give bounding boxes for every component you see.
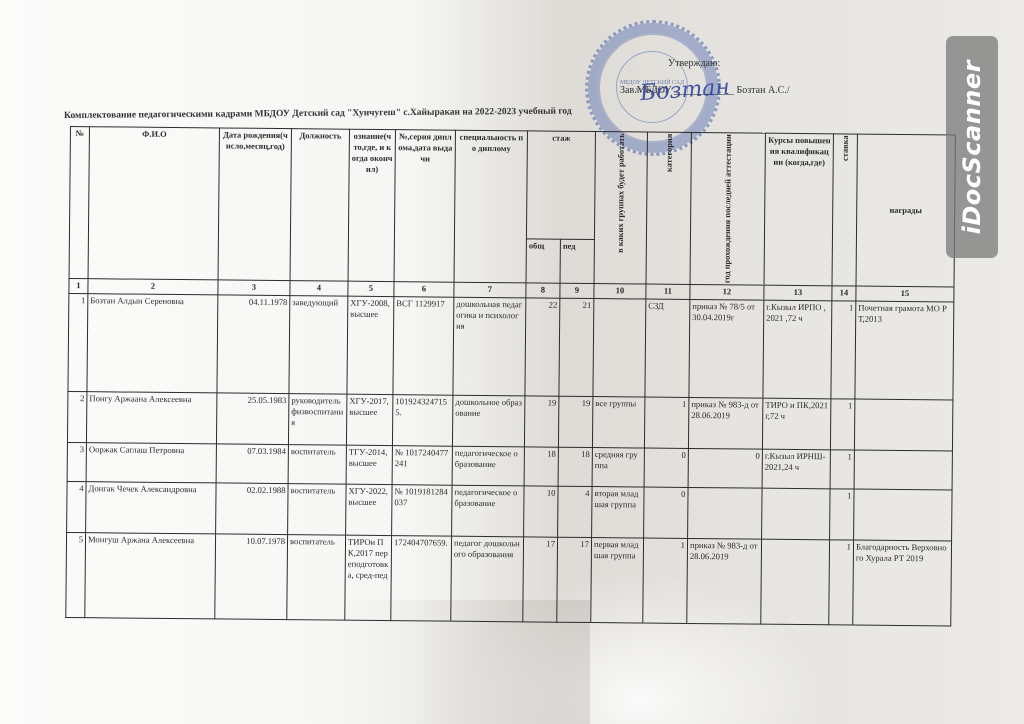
- approval-label: Утверждаю:: [668, 58, 720, 69]
- cell-education: ХГУ-2017,высшее: [346, 394, 392, 445]
- col-num: 12: [690, 284, 764, 300]
- cell-education: ХГУ-2022,высшее: [346, 484, 392, 535]
- cell-awards: [854, 450, 952, 490]
- cell-attestation: приказ № 983-д от 28.06.2019: [688, 397, 762, 449]
- col-num: 6: [394, 281, 454, 297]
- header-no: №: [69, 127, 89, 279]
- header-exp-total: общ: [526, 239, 560, 283]
- col-num: 4: [290, 280, 348, 296]
- header-exp-ped: пед: [560, 239, 594, 283]
- cell-exp-ped: 17: [557, 537, 592, 622]
- table-row: 1 Бозтан Алдын Сереновна 04.11.1978 заве…: [68, 293, 954, 399]
- header-rate-text: ставка: [840, 135, 851, 161]
- cell-category: СЗД: [645, 299, 690, 397]
- cell-fio: Ооржак Саглаш Петровна: [86, 443, 216, 483]
- cell-specialty: педагогическое образование: [452, 446, 524, 486]
- staff-table: № Ф.И.О Дата рождения(число,месяц,год) Д…: [65, 126, 956, 626]
- cell-fio: Донгак Чечек Александровна: [86, 482, 216, 534]
- cell-category: 0: [644, 448, 688, 487]
- cell-courses: [761, 539, 830, 625]
- cell-exp-ped: 21: [559, 298, 594, 396]
- cell-fio: Монгуш Аржана Алексеевна: [85, 533, 216, 619]
- cell-rate: 1: [831, 301, 856, 399]
- col-num: 10: [594, 283, 646, 298]
- cell-awards: Почетная грамота МО РТ,2013: [855, 301, 954, 400]
- cell-position: заведующий: [289, 295, 348, 394]
- cell-birth: 25.05.1983: [216, 393, 288, 445]
- cell-groups: [593, 298, 646, 396]
- col-num: 8: [526, 283, 560, 298]
- cell-exp-total: 18: [524, 447, 558, 486]
- cell-exp-total: 17: [523, 537, 558, 622]
- col-num: 2: [88, 279, 218, 295]
- cell-specialty: педагогическое образование: [452, 485, 524, 537]
- cell-birth: 07.03.1984: [216, 444, 288, 484]
- cell-birth: 04.11.1978: [217, 295, 290, 394]
- idocscanner-watermark: iDocScanner: [946, 36, 998, 258]
- cell-no: 5: [66, 532, 86, 617]
- cell-birth: 02.02.1988: [216, 483, 288, 535]
- cell-attestation: приказ № 983-д от 28.06.2019: [687, 538, 762, 624]
- table-row: 5 Монгуш Аржана Алексеевна 10.07.1978 во…: [66, 532, 952, 625]
- header-groups-text: в каких группах будет работать: [615, 133, 627, 253]
- cell-education: ТГУ-2014,высшее: [346, 445, 392, 484]
- cell-position: руководитель физвоспитания: [288, 393, 346, 445]
- cell-no: 1: [68, 293, 88, 391]
- table-row: 4 Донгак Чечек Александровна 02.02.1988 …: [67, 481, 952, 540]
- header-experience: стаж: [526, 131, 595, 239]
- cell-groups: первая младшая группа: [591, 537, 644, 622]
- cell-diploma: № 1019181284037: [392, 484, 452, 536]
- cell-category: 0: [644, 487, 688, 538]
- header-groups: в каких группах будет работать: [594, 132, 647, 284]
- col-num: 3: [218, 280, 290, 296]
- cell-courses: ТИРО и ПК,2021 г,72 ч: [762, 398, 830, 450]
- cell-groups: средняя группа: [592, 447, 644, 486]
- header-category: категория: [646, 132, 691, 284]
- cell-education: ТИРОи ПК,2017 переподготовка, сред-пед: [345, 535, 392, 620]
- cell-groups: вторая младшая группа: [592, 486, 644, 537]
- header-category-text: категория: [664, 134, 675, 172]
- cell-rate: 1: [830, 450, 854, 489]
- watermark-text: iDocScanner: [958, 60, 986, 234]
- cell-rate: 1: [829, 540, 854, 625]
- cell-diploma: 172404707659.: [391, 535, 452, 621]
- header-specialty: специальность по диплому: [454, 130, 527, 283]
- col-num: 9: [560, 283, 594, 298]
- col-num: 14: [832, 286, 856, 301]
- header-attestation-text: год прохождения последней аттестации: [722, 134, 734, 283]
- cell-fio: Понгу Аржаана Алексеевна: [86, 392, 216, 444]
- header-position: Должность: [290, 129, 349, 281]
- header-attestation: год прохождения последней аттестации: [690, 132, 765, 285]
- cell-awards: [854, 489, 952, 541]
- cell-exp-total: 22: [525, 298, 560, 396]
- header-fio: Ф.И.О: [88, 127, 219, 280]
- cell-position: воспитатель: [287, 534, 346, 620]
- staff-table-wrapper: № Ф.И.О Дата рождения(число,месяц,год) Д…: [65, 126, 956, 626]
- header-rate: ставка: [832, 134, 857, 286]
- cell-diploma: 1019243247155.: [392, 394, 452, 446]
- cell-attestation: приказ № 78/5 от 30.04.2019г: [689, 299, 764, 398]
- header-diploma: №,серия диплома,дата выдачи: [394, 130, 455, 282]
- header-awards: награды: [856, 134, 955, 287]
- cell-awards: [854, 399, 952, 451]
- cell-position: воспитатель: [288, 483, 346, 535]
- cell-rate: 1: [830, 489, 854, 540]
- cell-diploma: № 1017240477241: [392, 445, 452, 485]
- header-education: ознание(что,где, и когда окончил): [348, 129, 395, 281]
- cell-no: 3: [67, 442, 86, 481]
- col-num: 11: [646, 284, 690, 299]
- cell-groups: все группы: [592, 396, 644, 447]
- cell-awards: Благодарность Верховного Хурала РТ 2019: [853, 540, 952, 626]
- cell-specialty: педагог дошкольного образования: [451, 536, 524, 622]
- cell-category: 1: [644, 397, 688, 448]
- col-num: 1: [69, 278, 88, 293]
- col-num: 13: [764, 285, 832, 301]
- cell-courses: г.Кызыл ИРПО ,2021 ,72 ч: [763, 300, 832, 399]
- cell-courses: [762, 488, 830, 540]
- col-num: 7: [454, 282, 526, 298]
- cell-exp-total: 10: [524, 486, 558, 537]
- cell-fio: Бозтан Алдын Сереновна: [87, 294, 218, 393]
- cell-attestation: 0: [688, 448, 762, 488]
- cell-category: 1: [643, 538, 688, 623]
- cell-exp-total: 19: [524, 396, 558, 447]
- cell-position: воспитатель: [288, 444, 346, 484]
- cell-no: 4: [67, 481, 86, 532]
- cell-no: 2: [67, 391, 86, 442]
- table-row: 2 Понгу Аржаана Алексеевна 25.05.1983 ру…: [67, 391, 952, 450]
- cell-education: ХГУ-2008,высшее: [347, 296, 394, 394]
- header-courses: Курсы повышения квалификации (когда,где): [764, 133, 833, 285]
- col-num: 5: [348, 281, 394, 296]
- cell-courses: г.Кызыл ИРНШ-2021,24 ч: [762, 449, 830, 489]
- cell-diploma: ВСГ 1129917: [393, 296, 454, 395]
- cell-specialty: дошкольное образование: [452, 395, 524, 447]
- cell-rate: 1: [830, 399, 854, 450]
- header-birth: Дата рождения(число,месяц,год): [218, 128, 291, 281]
- cell-exp-ped: 19: [558, 396, 592, 447]
- cell-attestation: [688, 487, 762, 539]
- cell-birth: 10.07.1978: [215, 534, 288, 620]
- cell-specialty: дошкольная педагогика и психология: [453, 297, 526, 396]
- cell-exp-ped: 18: [558, 447, 592, 486]
- col-num: 15: [856, 286, 954, 302]
- cell-exp-ped: 4: [558, 486, 592, 537]
